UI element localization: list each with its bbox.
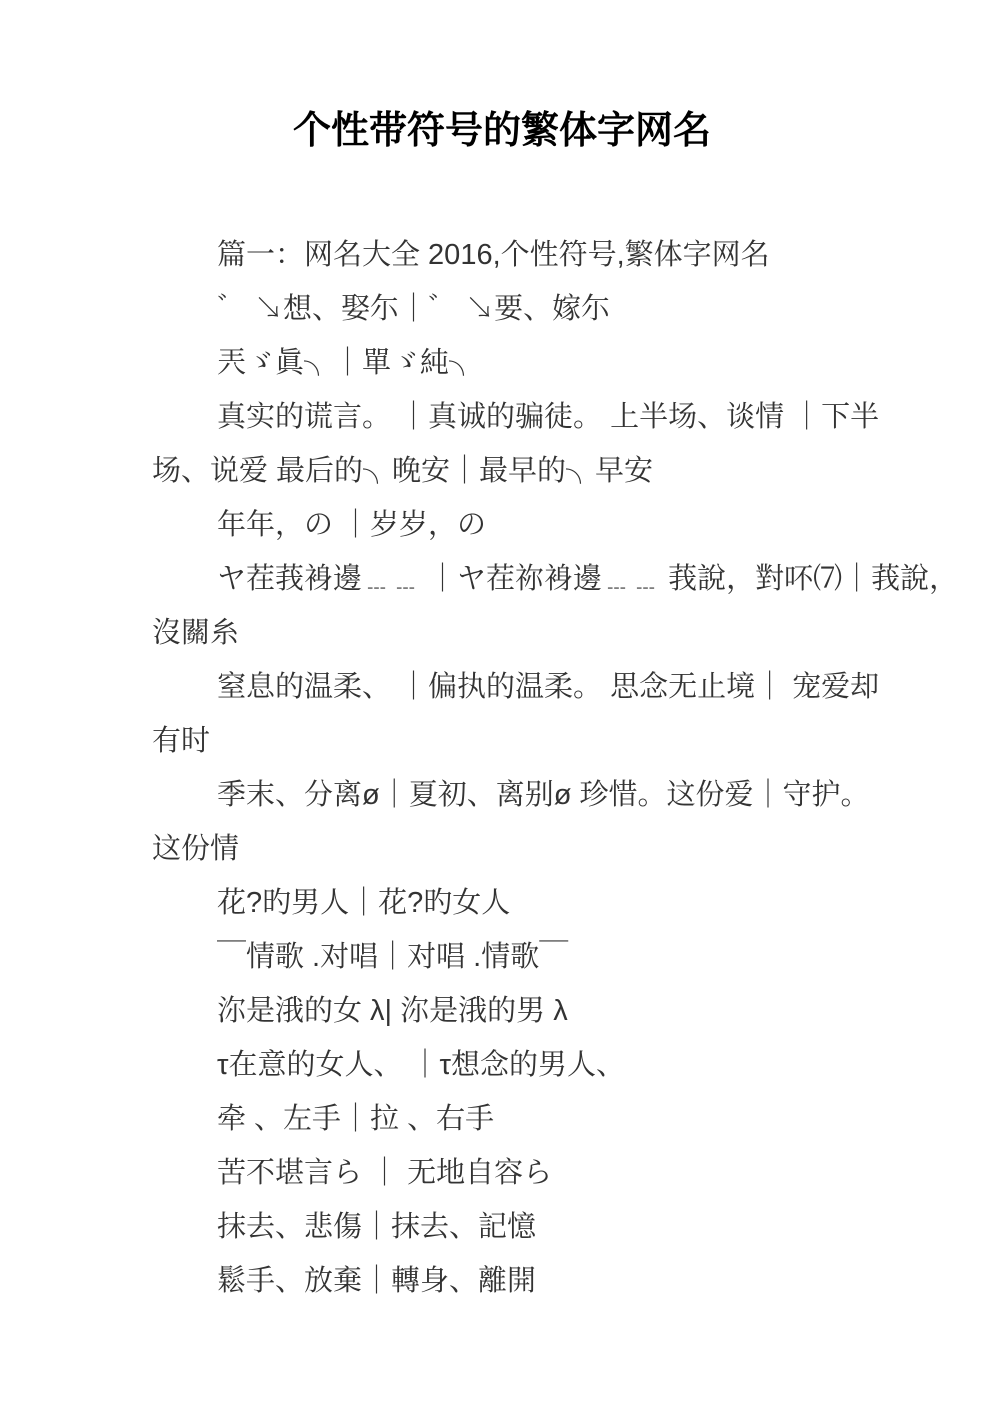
text-line: 牵 、左手｜拉 、右手: [152, 1092, 942, 1146]
text-line: 鬆手、放棄｜轉身、離開: [152, 1254, 942, 1308]
paragraph: 鬆手、放棄｜轉身、離開: [152, 1254, 942, 1308]
text-line: 真实的谎言。 ｜真诚的骗徒。 上半场、谈情 ｜下半: [152, 390, 942, 444]
text-line: 篇一：网名大全 2016,个性符号,繁体字网名: [152, 228, 942, 282]
text-line: 年年，の ｜岁岁，の: [152, 498, 942, 552]
text-line: τ在意的女人、 ｜τ想念的男人、: [152, 1038, 942, 1092]
text-line: 这份情: [152, 822, 942, 876]
text-line: 苦不堪言ら ｜ 无地自容ら: [152, 1146, 942, 1200]
paragraph: 兲ゞ眞╮｜單ゞ純╮: [152, 336, 942, 390]
paragraph: 窒息的温柔、 ｜偏执的温柔。 思念无止境｜ 宠爱却 有时: [152, 660, 942, 768]
paragraph: 季末、分离ø｜夏初、离别ø 珍惜。这份爱｜守护。 这份情: [152, 768, 942, 876]
text-line: 抹去、悲傷｜抹去、記憶: [152, 1200, 942, 1254]
paragraph: 抹去、悲傷｜抹去、記憶: [152, 1200, 942, 1254]
text-line: 有时: [152, 714, 942, 768]
paragraph: 苦不堪言ら ｜ 无地自容ら: [152, 1146, 942, 1200]
paragraph: 沵是涐的女 λ| 沵是涐的男 λ: [152, 984, 942, 1038]
document-title: 个性带符号的繁体字网名: [152, 106, 852, 156]
document-page: 个性带符号的繁体字网名 篇一：网名大全 2016,个性符号,繁体字网名 ゛ ↘想…: [152, 106, 942, 1308]
text-line: 场、说爱 最后的╮晚安｜最早的╮早安: [152, 444, 942, 498]
paragraph: ゛ ↘想、娶尓｜゛ ↘要、嫁尓: [152, 282, 942, 336]
paragraph: 真实的谎言。 ｜真诚的骗徒。 上半场、谈情 ｜下半 场、说爱 最后的╮晚安｜最早…: [152, 390, 942, 498]
paragraph: 年年，の ｜岁岁，の: [152, 498, 942, 552]
text-line: 沵是涐的女 λ| 沵是涐的男 λ: [152, 984, 942, 1038]
text-line: ゛ ↘想、娶尓｜゛ ↘要、嫁尓: [152, 282, 942, 336]
text-line: 季末、分离ø｜夏初、离别ø 珍惜。这份爱｜守护。: [152, 768, 942, 822]
text-line: 兲ゞ眞╮｜單ゞ純╮: [152, 336, 942, 390]
text-line: 沒關糸: [152, 606, 942, 660]
text-line: ヤ茬莪裑邊﹍﹍ ｜ヤ茬祢裑邊﹍﹍ 莪說，對吥⑺｜莪說，: [152, 552, 942, 606]
paragraph: ￣情歌 .对唱｜对唱 .情歌￣: [152, 930, 942, 984]
text-line: 花?旳男人｜花?旳女人: [152, 876, 942, 930]
text-line: ￣情歌 .对唱｜对唱 .情歌￣: [152, 930, 942, 984]
paragraph: 牵 、左手｜拉 、右手: [152, 1092, 942, 1146]
paragraph: 篇一：网名大全 2016,个性符号,繁体字网名: [152, 228, 942, 282]
paragraph: τ在意的女人、 ｜τ想念的男人、: [152, 1038, 942, 1092]
paragraph: 花?旳男人｜花?旳女人: [152, 876, 942, 930]
paragraph: ヤ茬莪裑邊﹍﹍ ｜ヤ茬祢裑邊﹍﹍ 莪說，對吥⑺｜莪說， 沒關糸: [152, 552, 942, 660]
text-line: 窒息的温柔、 ｜偏执的温柔。 思念无止境｜ 宠爱却: [152, 660, 942, 714]
